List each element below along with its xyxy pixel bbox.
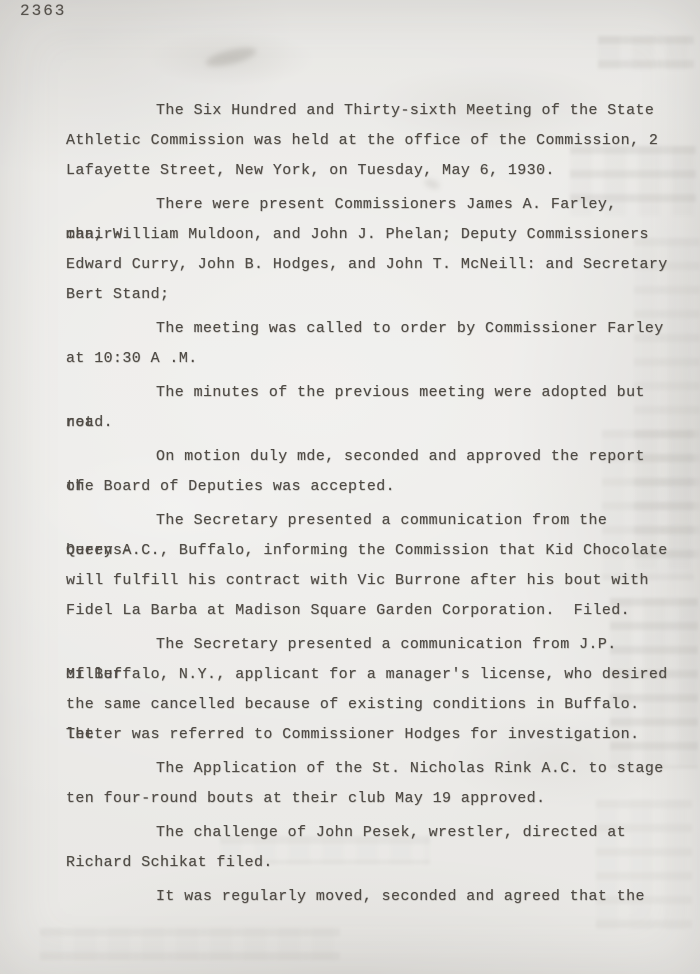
paragraph: The Six Hundred and Thirty-sixth Meeting… bbox=[66, 96, 670, 186]
text-line: The Secretary presented a communication … bbox=[66, 506, 670, 536]
text-line: Bert Stand; bbox=[66, 280, 670, 310]
text-line: The meeting was called to order by Commi… bbox=[66, 314, 670, 344]
text-line: Edward Curry, John B. Hodges, and John T… bbox=[66, 250, 670, 280]
paragraph: The Secretary presented a communication … bbox=[66, 630, 670, 750]
text-line: will fulfill his contract with Vic Burro… bbox=[66, 566, 670, 596]
bleed-through-text bbox=[598, 36, 694, 70]
text-line: On motion duly mde, seconded and approve… bbox=[66, 442, 670, 472]
paragraph: The minutes of the previous meeting were… bbox=[66, 378, 670, 438]
text-line: man, William Muldoon, and John J. Phelan… bbox=[66, 220, 670, 250]
document-body: The Six Hundred and Thirty-sixth Meeting… bbox=[66, 96, 670, 916]
paragraph: The meeting was called to order by Commi… bbox=[66, 314, 670, 374]
paragraph: On motion duly mde, seconded and approve… bbox=[66, 442, 670, 502]
text-line: The Application of the St. Nicholas Rink… bbox=[66, 754, 670, 784]
smudge-mark bbox=[204, 44, 258, 70]
text-line: ten four-round bouts at their club May 1… bbox=[66, 784, 670, 814]
text-line: read. bbox=[66, 408, 670, 438]
bleed-through-text bbox=[40, 928, 340, 960]
text-line: The challenge of John Pesek, wrestler, d… bbox=[66, 818, 670, 848]
paragraph: It was regularly moved, seconded and agr… bbox=[66, 882, 670, 912]
paragraph: The Secretary presented a communication … bbox=[66, 506, 670, 626]
text-line: The minutes of the previous meeting were… bbox=[66, 378, 670, 408]
text-line: There were present Commissioners James A… bbox=[66, 190, 670, 220]
paragraph: The Application of the St. Nicholas Rink… bbox=[66, 754, 670, 814]
text-line: Fidel La Barba at Madison Square Garden … bbox=[66, 596, 670, 626]
text-line: the same cancelled because of existing c… bbox=[66, 690, 670, 720]
scanned-document-page: 2363 The Six Hundred and Thirty-sixth Me… bbox=[0, 0, 700, 974]
page-number: 2363 bbox=[20, 2, 66, 20]
text-line: letter was referred to Commissioner Hodg… bbox=[66, 720, 670, 750]
text-line: of Buffalo, N.Y., applicant for a manage… bbox=[66, 660, 670, 690]
text-line: Lafayette Street, New York, on Tuesday, … bbox=[66, 156, 670, 186]
paragraph: The challenge of John Pesek, wrestler, d… bbox=[66, 818, 670, 878]
text-line: It was regularly moved, seconded and agr… bbox=[66, 882, 670, 912]
paragraph: There were present Commissioners James A… bbox=[66, 190, 670, 310]
text-line: berry A.C., Buffalo, informing the Commi… bbox=[66, 536, 670, 566]
text-line: the Board of Deputies was accepted. bbox=[66, 472, 670, 502]
text-line: Athletic Commission was held at the offi… bbox=[66, 126, 670, 156]
text-line: The Six Hundred and Thirty-sixth Meeting… bbox=[66, 96, 670, 126]
text-line: at 10:30 A .M. bbox=[66, 344, 670, 374]
text-line: Richard Schikat filed. bbox=[66, 848, 670, 878]
text-line: The Secretary presented a communication … bbox=[66, 630, 670, 660]
